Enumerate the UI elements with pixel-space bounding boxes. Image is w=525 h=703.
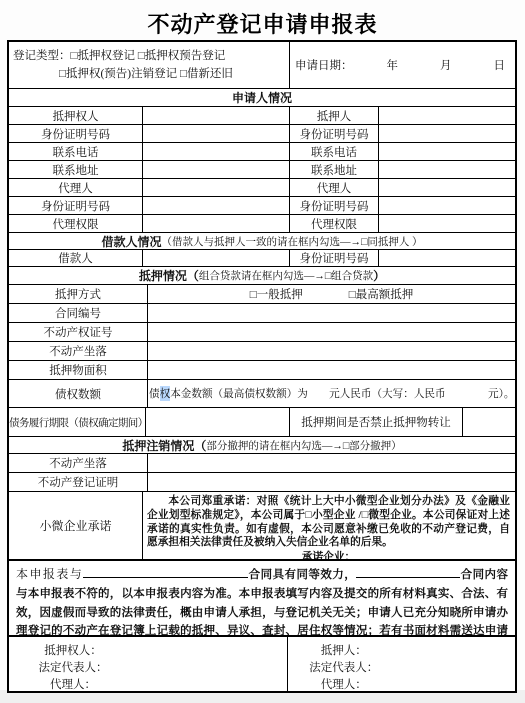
id-number-value [378,125,515,142]
mortgagor-signature-label: 抵押人： [288,642,400,658]
table-row: 联系地址 联系地址 [9,160,515,178]
legal-rep-signature-label: 法定代表人： [288,659,400,675]
collateral-area-value [147,361,515,379]
agent-authority-label: 代理权限 [289,215,378,232]
debt-term-value [145,408,289,436]
sme-pledge-label: 小微企业承诺 [9,492,142,559]
table-row: 代理人 代理人 [9,178,515,196]
property-location-row: 不动产坐落 [9,341,515,360]
blank-underline [83,567,248,578]
signature-cell-right: 抵押人： 法定代表人： 代理人： [287,637,515,691]
mortgage-section-title: 抵押情况（ [139,267,199,284]
cancel-location-row: 不动产坐落 [9,453,515,472]
debt-term-label: 债务履行期限（债权确定期间） [9,408,145,436]
property-cert-row: 不动产权证号 [9,322,515,341]
address-label: 联系地址 [289,161,378,178]
mortgagee-label: 抵押权人 [9,107,142,124]
cancel-cert-label: 不动产登记证明 [9,473,147,491]
debt-amount-label: 债权数额 [9,380,147,407]
agent-authority-value [142,215,289,232]
cancellation-section-note: 部分撤押的请在框内勾选—→□部分撤押） [206,438,401,453]
declaration-row: 本申报表与合同具有同等效力，合同内容与本申报表不符的，以本申报表内容为准。本申报… [9,559,515,635]
mortgagor-value [378,107,515,124]
agent-id-label: 身份证明号码 [9,197,142,214]
date-year-label: 年 [387,57,399,73]
borrower-id-label: 身份证明号码 [289,250,378,266]
property-cert-value [147,323,515,341]
transfer-ban-label: 抵押期间是否禁止抵押物转让 [289,408,462,436]
table-row: 身份证明号码 身份证明号码 [9,196,515,214]
agent-label: 代理人 [9,179,142,196]
application-date-label: 申请日期： [295,57,353,73]
phone-label: 联系电话 [9,143,142,160]
address-value [142,161,289,178]
declaration-bold1: 合同具有同等效力， [248,569,356,581]
address-value [378,161,515,178]
borrower-value [142,250,289,266]
collateral-area-label: 抵押物面积 [9,361,147,379]
id-number-value [142,125,289,142]
signature-cell-left: 抵押权人： 法定代表人： 代理人： [9,637,287,691]
address-label: 联系地址 [9,161,142,178]
debt-amount-text: 债权本金数额（最高债权数额）为 元人民币（大写：人民币 元）。 [147,380,515,407]
section-header-mortgage: 抵押情况（ 组合贷款请在框内勾选—→□组合贷款 ） [9,266,515,284]
mortgage-method-row: 抵押方式 □一般抵押 □最高额抵押 [9,284,515,303]
property-location-value [147,342,515,360]
table-row: 联系电话 联系电话 [9,142,515,160]
borrower-row: 借款人 身份证明号码 [9,249,515,266]
declaration-lead: 本申报表与 [16,567,83,581]
sme-pledge-row: 小微企业承诺 本公司郑重承诺：对照《统计上大中小微型企业划分办法》及《金融业企业… [9,491,515,559]
borrower-section-title: 借款人情况 [102,233,162,249]
section-header-borrower: 借款人情况（借款人与抵押人一致的请在框内勾选—→□同抵押人 ） [9,232,515,249]
id-number-label: 身份证明号码 [289,125,378,142]
agent-id-value [142,197,289,214]
agent-id-label: 身份证明号码 [289,197,378,214]
agent-signature-label: 代理人： [288,676,400,692]
collateral-area-row: 抵押物面积 [9,360,515,379]
section-header-applicant: 申请人情况 [9,88,515,106]
table-row: 抵押权人 抵押人 [9,106,515,124]
section-header-cancellation: 抵押注销情况（部分撤押的请在框内勾选—→□部分撤押） [9,436,515,453]
id-number-label: 身份证明号码 [9,125,142,142]
borrower-label: 借款人 [9,250,142,266]
sme-pledge-text-cell: 本公司郑重承诺：对照《统计上大中小微型企业划分办法》及《金融业企业划型标准规定》… [142,492,515,559]
agent-authority-label: 代理权限 [9,215,142,232]
table-row: 代理权限 代理权限 [9,214,515,232]
form-table: 登记类型：□抵押权登记 □抵押权预告登记 □抵押权(预告)注销登记 □借新还旧 … [7,40,517,693]
cancellation-section-title: 抵押注销情况（ [122,437,206,453]
contract-number-value [147,304,515,322]
blank-underline [356,567,460,578]
mortgage-method-options: □一般抵押 □最高额抵押 [147,285,515,303]
debt-text-post: 本金数额（最高债权数额）为 元人民币（大写：人民币 元）。 [170,386,514,401]
contract-number-row: 合同编号 [9,303,515,322]
agent-value [142,179,289,196]
registration-type-line2: □抵押权(预告)注销登记 □借新还旧 [13,65,233,83]
sme-pledge-text: 本公司郑重承诺：对照《统计上大中小微型企业划分办法》及《金融业企业划型标准规定》… [147,495,510,550]
debt-text-pre: 债 [149,386,160,401]
applicant-section-title: 申请人情况 [232,89,292,106]
sme-pledge-signer: 承诺企业： [147,550,510,559]
borrower-section-note: （借款人与抵押人一致的请在框内勾选—→□同抵押人 ） [162,234,423,249]
borrower-id-value [378,250,515,266]
agent-label: 代理人 [289,179,378,196]
cancel-location-label: 不动产坐落 [9,454,147,472]
registration-type-row: 登记类型：□抵押权登记 □抵押权预告登记 □抵押权(预告)注销登记 □借新还旧 … [9,42,515,88]
mortgagor-label: 抵押人 [289,107,378,124]
transfer-ban-value [462,408,515,436]
form-title: 不动产登记申请申报表 [0,0,525,38]
phone-label: 联系电话 [289,143,378,160]
selected-text: 权 [160,386,171,401]
application-date-cell: 申请日期： 年 月 日 [289,42,515,88]
debt-amount-row: 债权数额 债权本金数额（最高债权数额）为 元人民币（大写：人民币 元）。 [9,379,515,407]
table-row: 身份证明号码 身份证明号码 [9,124,515,142]
form-page: 不动产登记申请申报表 登记类型：□抵押权登记 □抵押权预告登记 □抵押权(预告)… [0,0,525,690]
agent-id-value [378,197,515,214]
declaration-text-cell: 本申报表与合同具有同等效力，合同内容与本申报表不符的，以本申报表内容为准。本申报… [9,561,515,635]
agent-signature-label: 代理人： [9,676,137,692]
property-location-label: 不动产坐落 [9,342,147,360]
agent-value [378,179,515,196]
mortgagee-value [142,107,289,124]
mortgage-method-label: 抵押方式 [9,285,147,303]
signature-row: 抵押权人： 法定代表人： 代理人： 抵押人： 法定代表人： 代理人： [9,635,515,691]
property-cert-label: 不动产权证号 [9,323,147,341]
contract-number-label: 合同编号 [9,304,147,322]
registration-type-line1: 登记类型：□抵押权登记 □抵押权预告登记 [13,47,225,65]
cancel-cert-value [147,473,515,491]
cancel-location-value [147,454,515,472]
date-day-label: 日 [494,57,506,73]
mortgage-section-note: 组合贷款请在框内勾选—→□组合贷款 [199,268,373,283]
legal-rep-signature-label: 法定代表人： [9,659,137,675]
date-month-label: 月 [440,57,452,73]
mortgage-section-close: ） [373,267,385,284]
debt-term-row: 债务履行期限（债权确定期间） 抵押期间是否禁止抵押物转让 [9,407,515,436]
phone-value [142,143,289,160]
registration-type-cell: 登记类型：□抵押权登记 □抵押权预告登记 □抵押权(预告)注销登记 □借新还旧 [9,42,289,88]
agent-authority-value [378,215,515,232]
cancel-cert-row: 不动产登记证明 [9,472,515,491]
phone-value [378,143,515,160]
mortgagee-signature-label: 抵押权人： [9,642,137,658]
